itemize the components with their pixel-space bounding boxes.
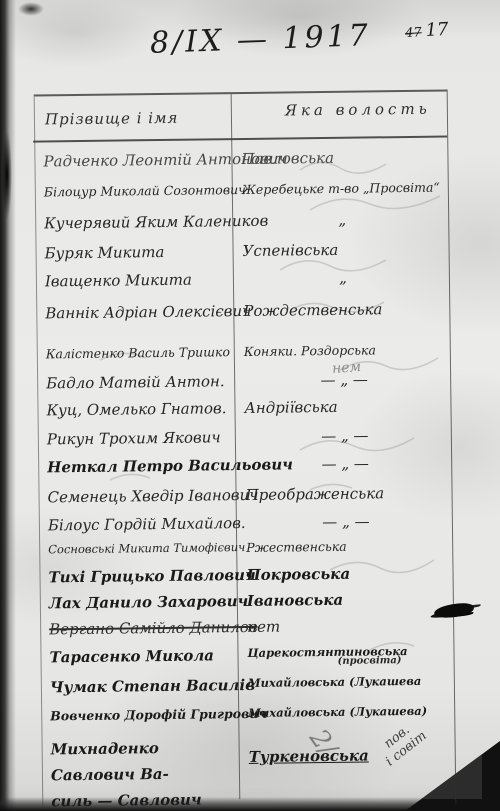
entry-volost: нет [247, 616, 447, 636]
entry-volost-note: (просвіта) [338, 655, 448, 667]
entry-volost: Коняки. Роздорська [244, 342, 444, 359]
column-header-name: Прізвище і імя [45, 109, 179, 129]
entry-name: Білоцур Миколай Созонтович [44, 182, 234, 199]
date-heading: 8/ІХ — 1917 [149, 18, 371, 61]
entry-name: Тихі Грицько Павлович [48, 566, 238, 586]
entry-name: Рикун Трохим Якович [47, 428, 237, 448]
entry-name: Сосновські Микита Тимофієвич [48, 540, 238, 556]
entry-name: Ваннік Адріан Олексієвич [45, 302, 235, 322]
entry-volost: Михайловська (Лукашева [248, 674, 448, 690]
entry-name: Семенець Хведір Іванович [47, 486, 237, 506]
entry-volost: Царекостянтиновська (просвіта) [247, 644, 447, 668]
entry-volost: Ржественська [246, 538, 446, 555]
entry-name: Тарасенко Микола [49, 646, 239, 666]
page-number: 4717 [404, 19, 448, 42]
entry-volost-ditto: — „ — [246, 512, 446, 532]
table-row: Рикун Трохим Якович — „ — [39, 425, 451, 456]
entry-name: Калістенко Василь Тришко [46, 344, 236, 361]
column-header-volost: Яка волость [285, 100, 431, 120]
table-row-struck: Вергано Самійло Данилов нет [41, 615, 453, 646]
entry-volost: Жеребецьке т-во „Просвіта“ [242, 180, 442, 197]
book-binding-edge [0, 0, 16, 811]
entry-volost: Рождественська [243, 300, 443, 320]
table-row: Куц, Омелько Гнатов. Андріївська [38, 396, 450, 427]
page-number-old: 47 [404, 25, 421, 41]
scanned-document-page: 8/ІХ — 1917 4717 Прізвище і імя Яка воло… [0, 0, 500, 811]
table-row: Радченко Леонтій Антонович Павловська [35, 148, 447, 179]
entry-name: Кучерявий Яким Калеников [44, 212, 234, 232]
table-row: Ваннік Адріан Олексієвич Рождественська [37, 299, 449, 330]
table-row: Бадло Матвій Антон. — „ — [38, 369, 450, 400]
entry-name: Неткал Петро Васильович [47, 456, 237, 476]
table-row: Тарасенко Микола Царекостянтиновська (пр… [41, 643, 453, 674]
entry-name-line2: силь — Савлович [51, 791, 202, 811]
entry-name: Білоус Гордій Михайлов. [48, 514, 238, 534]
page-number-current: 17 [425, 19, 449, 41]
entry-name-line1: Михнаденко Савлович Ва- [51, 739, 169, 784]
header-rule [33, 136, 447, 143]
entry-volost: Михайловська (Лукашева) [248, 704, 448, 720]
ink-smudge [18, 2, 44, 16]
table-row: Чумак Степан Василів Михайловська (Лукаш… [42, 673, 454, 704]
pencil-note-nem: нем [331, 359, 361, 377]
entry-volost-ditto: „ [242, 210, 442, 230]
table-row: Білоцур Миколай Созонтович Жеребецьке т-… [36, 180, 448, 211]
entry-volost: Покровська [246, 564, 446, 584]
entry-volost-ditto: — „ — [245, 426, 445, 446]
table-row: Кучерявий Яким Калеников „ [36, 210, 448, 241]
entry-name-struck: Вергано Самійло Данилов [49, 618, 239, 638]
entry-name: Вовченко Дорофій Григрович [50, 706, 240, 723]
entry-name: Буряк Микита [44, 242, 234, 262]
entry-volost: Успенівська [242, 240, 442, 260]
entry-volost: Івановська [247, 590, 447, 610]
entry-volost-ditto: „ [243, 268, 443, 288]
entry-name: Куц, Омелько Гнатов. [46, 399, 236, 419]
entry-name: Лах Данило Захарович [49, 592, 239, 612]
table-row: Буряк Микита Успенівська [36, 239, 448, 270]
entry-volost-ditto: — „ — [245, 454, 445, 474]
table-row: Неткал Петро Васильович — „ — [39, 453, 451, 484]
entry-volost: Преображенська [245, 484, 445, 504]
entry-name: Радченко Леонтій Антонович [43, 150, 233, 170]
registry-table: Прізвище і імя Яка волость Радченко Леон… [34, 89, 457, 808]
table-row: Семенець Хведір Іванович Преображенська [39, 483, 451, 514]
table-row: Іващенко Микита „ [37, 267, 449, 298]
table-row: Калістенко Василь Тришко Коняки. Роздорс… [38, 341, 450, 372]
entry-name: Михнаденко Савлович Ва- силь — Савлович [50, 734, 241, 811]
entry-name: Чумак Степан Василів [50, 676, 240, 696]
entry-name: Іващенко Микита [45, 270, 235, 290]
entry-volost: Андріївська [244, 397, 444, 417]
entry-name: Бадло Матвій Антон. [46, 372, 236, 392]
entry-volost: Павловська [241, 148, 441, 168]
